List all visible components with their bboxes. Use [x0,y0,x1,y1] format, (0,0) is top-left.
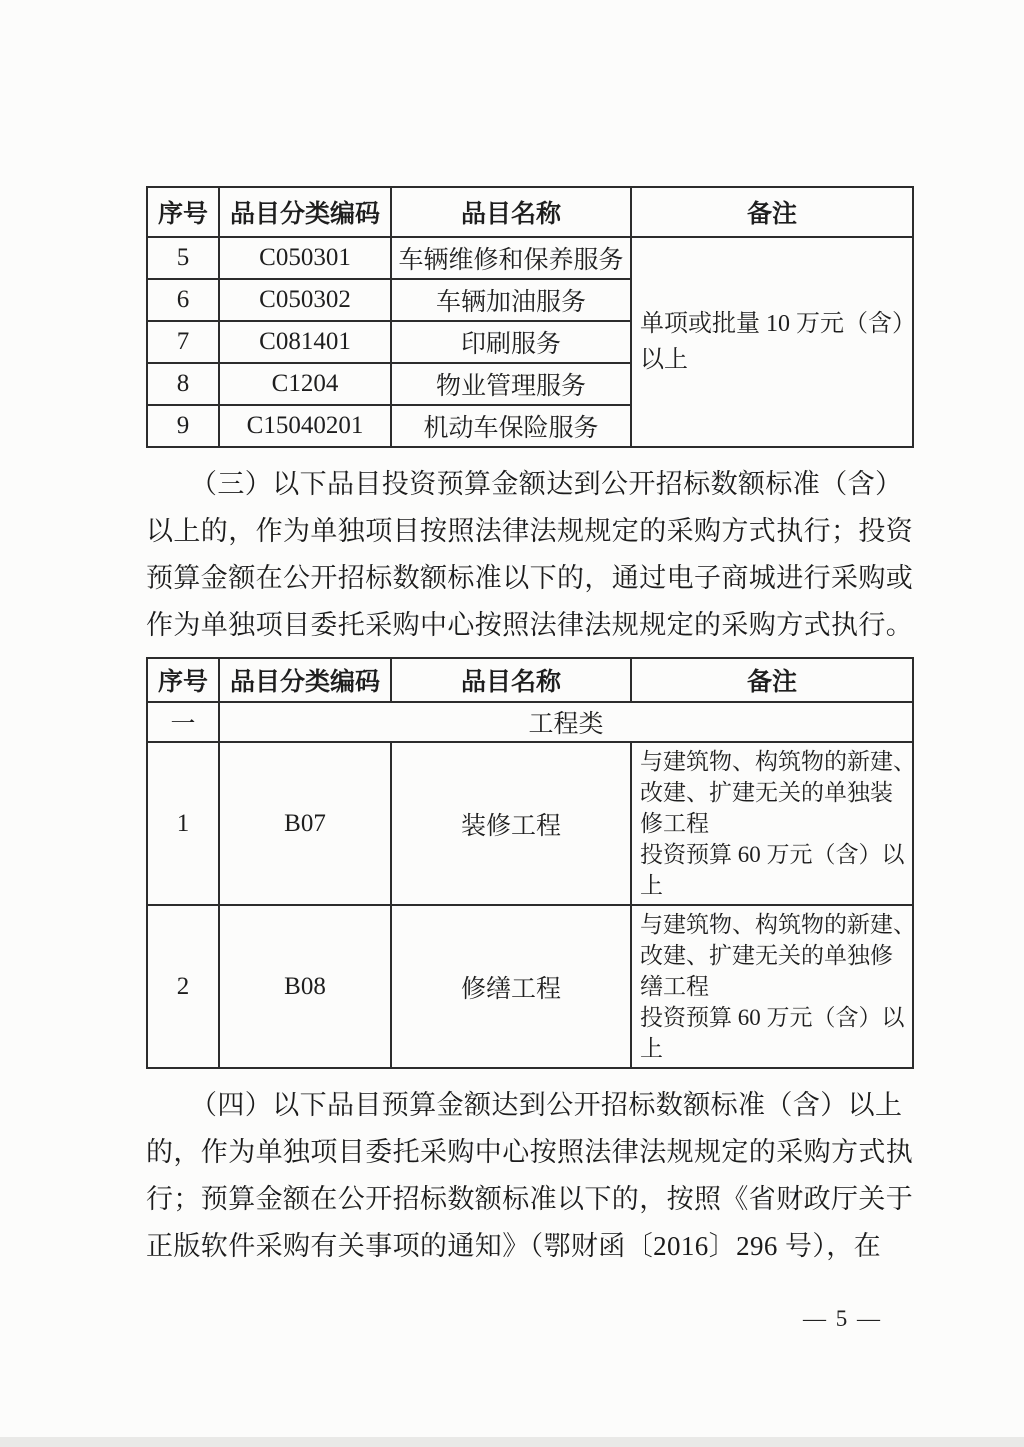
table2-header-code: 品目分类编码 [219,658,391,702]
row-code-cell: C15040201 [219,405,391,447]
table1-header-code: 品目分类编码 [219,187,391,237]
page-number: — 5 — [146,1306,912,1332]
paragraph-line: 正版软件采购有关事项的通知》（鄂财函〔2016〕296 号），在 [146,1223,912,1270]
row-no-cell: 5 [147,237,219,279]
row-no-cell: 8 [147,363,219,405]
table2-header-no: 序号 [147,658,219,702]
paragraph-four: （四）以下品目预算金额达到公开招标数额标准（含）以上 的，作为单独项目委托采购中… [146,1082,912,1270]
section-row: 一 工程类 [147,702,913,742]
engineering-items-table: 序号 品目分类编码 品目名称 备注 一 工程类 1 B07 装修工程 与建筑物、… [146,657,914,1069]
paragraph-line: （三）以下品目投资预算金额达到公开招标数额标准（含） [146,461,912,508]
row-name-cell: 物业管理服务 [391,363,631,405]
remark-cell: 与建筑物、构筑物的新建、 改建、扩建无关的单独装 修工程 投资预算 60 万元（… [631,742,913,905]
paragraph-line: 预算金额在公开招标数额标准以下的，通过电子商城进行采购或 [146,555,912,602]
table1-header-name: 品目名称 [391,187,631,237]
row-name-cell: 车辆维修和保养服务 [391,237,631,279]
remark-line: 改建、扩建无关的单独修 [640,940,910,971]
remark-line: 投资预算 60 万元（含）以 [640,1002,910,1033]
remark-line: 改建、扩建无关的单独装 [640,777,910,808]
paragraph-line: 的，作为单独项目委托采购中心按照法律法规规定的采购方式执 [146,1129,912,1176]
table-row: 2 B08 修缮工程 与建筑物、构筑物的新建、 改建、扩建无关的单独修 缮工程 … [147,905,913,1068]
remark-line: 上 [640,870,910,901]
service-items-table: 序号 品目分类编码 品目名称 备注 5 C050301 车辆维修和保养服务 单项… [146,186,914,448]
table2-header-row: 序号 品目分类编码 品目名称 备注 [147,658,913,702]
row-code-cell: B07 [219,742,391,905]
row-name-cell: 车辆加油服务 [391,279,631,321]
paragraph-line: 行；预算金额在公开招标数额标准以下的，按照《省财政厅关于 [146,1176,912,1223]
row-name-cell: 修缮工程 [391,905,631,1068]
remark-line: 以上 [640,342,912,378]
row-name-cell: 机动车保险服务 [391,405,631,447]
row-no-cell: 1 [147,742,219,905]
row-code-cell: C050302 [219,279,391,321]
remark-cell: 与建筑物、构筑物的新建、 改建、扩建无关的单独修 缮工程 投资预算 60 万元（… [631,905,913,1068]
table1-header-remark: 备注 [631,187,913,237]
row-no-cell: 7 [147,321,219,363]
row-name-cell: 印刷服务 [391,321,631,363]
row-name-cell: 装修工程 [391,742,631,905]
remark-line: 单项或批量 10 万元（含） [640,306,912,342]
row-no-cell: 9 [147,405,219,447]
paragraph-line: （四）以下品目预算金额达到公开招标数额标准（含）以上 [146,1082,912,1129]
table-row: 1 B07 装修工程 与建筑物、构筑物的新建、 改建、扩建无关的单独装 修工程 … [147,742,913,905]
section-label-cell: 工程类 [219,702,913,742]
row-code-cell: B08 [219,905,391,1068]
remark-line: 与建筑物、构筑物的新建、 [640,909,910,940]
table2-header-name: 品目名称 [391,658,631,702]
remark-line: 修工程 [640,808,910,839]
document-content: 序号 品目分类编码 品目名称 备注 5 C050301 车辆维修和保养服务 单项… [146,0,912,1332]
scanned-document-page: 序号 品目分类编码 品目名称 备注 5 C050301 车辆维修和保养服务 单项… [0,0,1024,1447]
row-code-cell: C050301 [219,237,391,279]
row-no-cell: 6 [147,279,219,321]
paragraph-three: （三）以下品目投资预算金额达到公开招标数额标准（含） 以上的，作为单独项目按照法… [146,461,912,649]
remark-line: 投资预算 60 万元（含）以 [640,839,910,870]
table2-header-remark: 备注 [631,658,913,702]
remark-line: 缮工程 [640,971,910,1002]
table1-header-no: 序号 [147,187,219,237]
paragraph-line: 作为单独项目委托采购中心按照法律法规规定的采购方式执行。 [146,602,912,649]
merged-remark-cell: 单项或批量 10 万元（含） 以上 [631,237,913,447]
table1-header-row: 序号 品目分类编码 品目名称 备注 [147,187,913,237]
row-code-cell: C1204 [219,363,391,405]
table-row: 5 C050301 车辆维修和保养服务 单项或批量 10 万元（含） 以上 [147,237,913,279]
remark-line: 与建筑物、构筑物的新建、 [640,746,910,777]
row-code-cell: C081401 [219,321,391,363]
paragraph-line: 以上的，作为单独项目按照法律法规规定的采购方式执行；投资 [146,508,912,555]
remark-line: 上 [640,1033,910,1064]
section-no-cell: 一 [147,702,219,742]
row-no-cell: 2 [147,905,219,1068]
scan-edge-strip [0,1437,1024,1447]
